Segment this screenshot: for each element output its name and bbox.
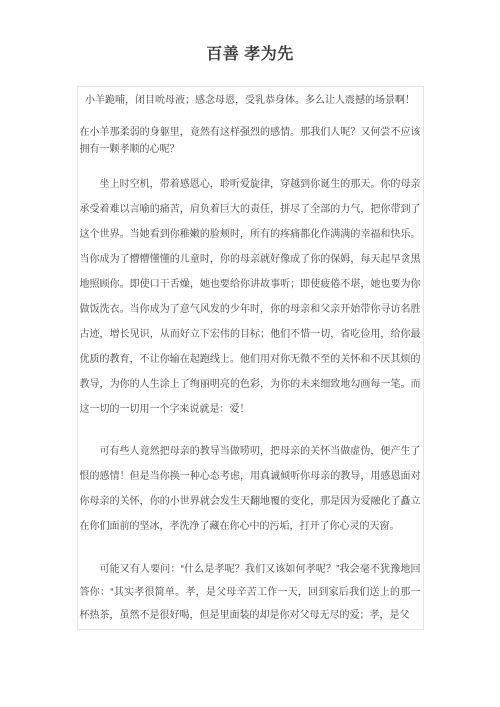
essay-paragraph-intro: 在小羊那柔弱的身躯里，竟然有这样强烈的感情。那我们人呢？又何尝不应该拥有一颗孝顺… <box>80 124 421 158</box>
essay-container: 小羊跪哺，闭目吮母液；感念母恩，受乳恭身体。多么让人震撼的场景啊！ 在小羊那柔弱… <box>77 86 424 630</box>
essay-paragraph-gratitude: 可有些人竟然把母亲的教导当做唠叨，把母亲的关怀当做虚伪，便产生了恨的感情！但是当… <box>80 439 421 539</box>
essay-opening-quote: 小羊跪哺，闭目吮母液；感念母恩，受乳恭身体。多么让人震撼的场景啊！ <box>80 94 421 108</box>
essay-paragraph-what-is-filial-piety: 可能又有人要问：“什么是孝呢？我们又该如何孝呢？”我会毫不犹豫地回答你：“其实孝… <box>80 558 421 627</box>
essay-paragraph-growth: 坐上时空机，带着感恩心，聆听爱旋律，穿越到你诞生的那天。你的母亲承受着难以言喻的… <box>80 172 421 422</box>
document-page: 百善 孝为先 小羊跪哺，闭目吮母液；感念母恩，受乳恭身体。多么让人震撼的场景啊！… <box>0 0 500 707</box>
page-title: 百善 孝为先 <box>0 0 500 65</box>
